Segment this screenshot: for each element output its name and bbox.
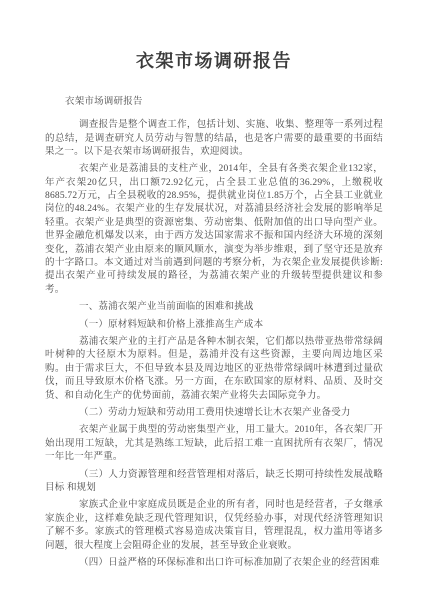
raw-material-paragraph: 荔浦衣架产业的主打产品是各种木制衣架，它们都以热带亚热带常绿阔叶树种的大径原木为…	[45, 336, 383, 403]
section-heading-1: 一、荔浦衣架产业当前面临的困难和挑战	[45, 301, 383, 314]
page-title: 衣架市场调研报告	[45, 0, 383, 73]
document-body: 衣架市场调研报告 调查报告是整个调查工作，包括计划、实施、收集、整理等一系列过程…	[45, 96, 383, 571]
subsection-heading-1-4: （四）日益严格的环保标准和出口许可标准加剧了衣架企业的经营困难	[45, 557, 383, 570]
family-management-paragraph: 家族式企业中家庭成员既是企业的所有者，同时也是经营者，子女继承家族企业，这样难免…	[45, 499, 383, 553]
industry-overview-paragraph: 衣架产业是荔浦县的支柱产业，2014年，全县有各类衣架企业132家，年产衣架20…	[45, 163, 383, 297]
subsection-heading-1-1: （一）原材料短缺和价格上涨推高生产成本	[45, 319, 383, 332]
subsection-heading-1-2: （二）劳动力短缺和劳动用工费用快速增长让木衣架产业备受力	[45, 407, 383, 420]
document-page: 衣架市场调研报告 衣架市场调研报告 调查报告是整个调查工作，包括计划、实施、收集…	[0, 0, 424, 600]
intro-paragraph: 调查报告是整个调查工作，包括计划、实施、收集、整理等一系列过程的总结，是调查研究…	[45, 119, 383, 159]
subsection-heading-1-3: （三）人力资源管理和经营管理相对落后，缺乏长期可持续性发展战略目标 和规划	[45, 469, 383, 496]
doc-header-line: 衣架市场调研报告	[45, 96, 383, 109]
labor-shortage-paragraph: 衣架产业属于典型的劳动密集型产业，用工量大。2010年，各衣架厂开始出现用工短缺…	[45, 424, 383, 464]
